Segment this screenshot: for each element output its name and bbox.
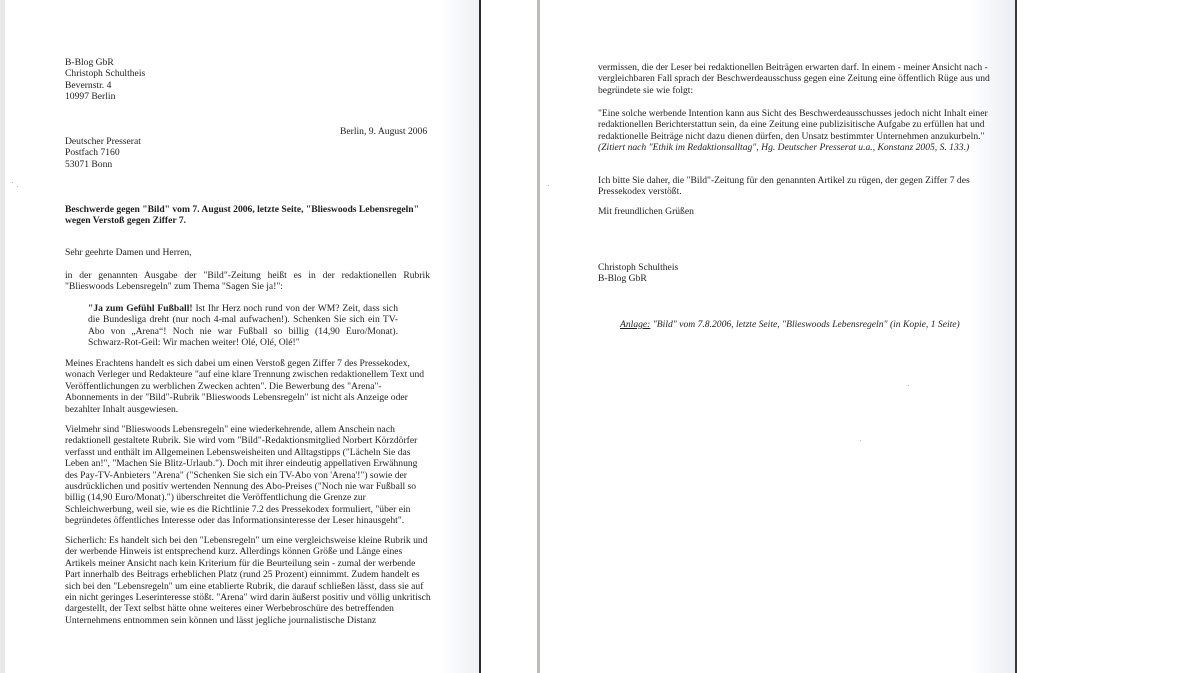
sender-company: B-Blog GbR	[65, 57, 145, 68]
background-margin	[1017, 0, 1181, 673]
scan-speck	[12, 182, 13, 183]
quote-text: "Eine solche werbende Intention kann aus…	[598, 108, 988, 142]
signature-name: Christoph Schultheis	[598, 262, 678, 273]
recipient-address: Deutscher Presserat Postfach 7160 53071 …	[65, 136, 141, 170]
body-paragraph: Vielmehr sind "Blieswoods Lebensregeln" …	[65, 424, 432, 527]
letter-page-1: B-Blog GbR Christoph Schultheis Bevernst…	[0, 0, 481, 673]
scan-speck	[17, 186, 18, 187]
attachment-label: Anlage:	[620, 319, 650, 330]
quoted-article-text: "Ja zum Gefühl Fußball! Ist Ihr Herz noc…	[88, 303, 398, 349]
attachment-text: "Bild" vom 7.8.2006, letzte Seite, "Blie…	[650, 319, 959, 330]
quote-headline: "Ja zum Gefühl Fußball!	[88, 303, 193, 314]
page-gap	[481, 0, 537, 673]
signature-company: B-Blog GbR	[598, 273, 678, 284]
intro-paragraph: in der genannten Ausgabe der "Bild"-Zeit…	[65, 270, 430, 293]
scan-speck	[908, 385, 909, 386]
salutation: Sehr geehrte Damen und Herren,	[65, 247, 192, 258]
recipient-organization: Deutscher Presserat	[65, 136, 141, 147]
attachment-note: Anlage: "Bild" vom 7.8.2006, letzte Seit…	[620, 319, 960, 330]
closing: Mit freundlichen Grüßen	[598, 206, 694, 217]
recipient-city: 53071 Bonn	[65, 159, 141, 170]
body-paragraph: Sicherlich: Es handelt sich bei den "Leb…	[65, 535, 432, 626]
body-paragraph: Meines Erachtens handelt es sich dabei u…	[65, 358, 432, 415]
letter-date: Berlin, 9. August 2006	[340, 126, 427, 137]
request-paragraph: Ich bitte Sie daher, die "Bild"-Zeitung …	[598, 175, 998, 198]
sender-city: 10997 Berlin	[65, 91, 145, 102]
recipient-pobox: Postfach 7160	[65, 147, 141, 158]
signature-block: Christoph Schultheis B-Blog GbR	[598, 262, 678, 285]
scan-speck	[860, 440, 861, 441]
letter-page-2: vermissen, die der Leser bei redaktionel…	[537, 0, 1017, 673]
council-quote: "Eine solche werbende Intention kann aus…	[598, 108, 998, 154]
sender-address: B-Blog GbR Christoph Schultheis Bevernst…	[65, 57, 145, 103]
body-paragraph: vermissen, die der Leser bei redaktionel…	[598, 62, 998, 96]
sender-name: Christoph Schultheis	[65, 68, 145, 79]
sender-street: Bevernstr. 4	[65, 80, 145, 91]
scan-speck	[548, 185, 549, 186]
quote-citation: (Zitiert nach "Ethik im Redaktionsalltag…	[598, 142, 969, 153]
letter-subject: Beschwerde gegen "Bild" vom 7. August 20…	[65, 204, 435, 227]
